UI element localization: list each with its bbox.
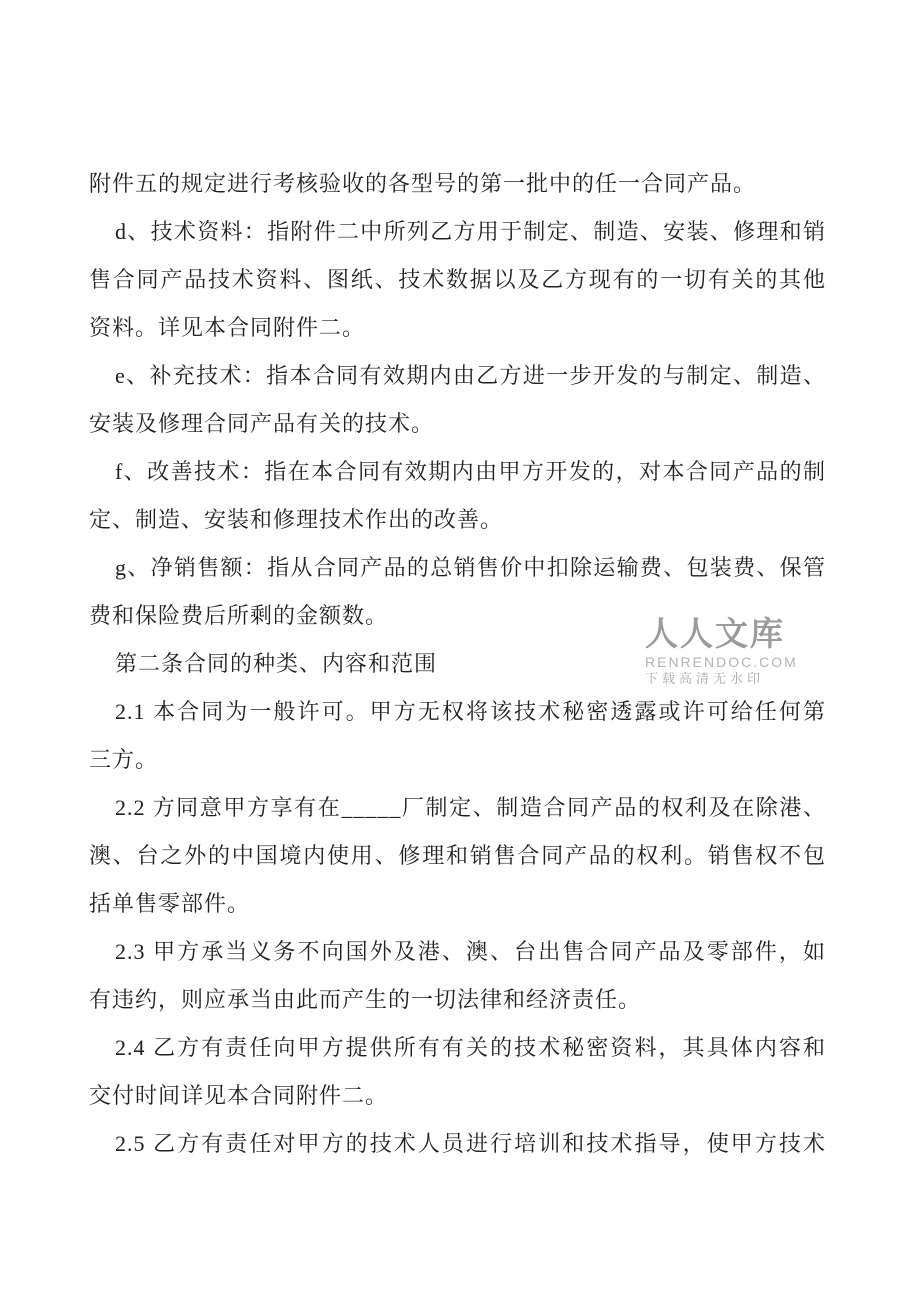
text-line: 交付时间详见本合同附件二。 — [89, 1072, 826, 1120]
text-line: f、改善技术：指在本合同有效期内由甲方开发的，对本合同产品的制 — [89, 448, 826, 496]
document-page: 附件五的规定进行考核验收的各型号的第一批中的任一合同产品。d、技术资料：指附件二… — [0, 0, 920, 1302]
text-line: g、净销售额：指从合同产品的总销售价中扣除运输费、包装费、保管 — [89, 544, 826, 592]
watermark-domain: RENRENDOC.COM — [645, 654, 825, 670]
text-line: 有违约，则应承当由此而产生的一切法律和经济责任。 — [89, 976, 826, 1024]
text-line: 澳、台之外的中国境内使用、修理和销售合同产品的权利。销售权不包 — [89, 832, 826, 880]
text-line: 安装及修理合同产品有关的技术。 — [89, 400, 826, 448]
watermark-brand: 人人文库 — [645, 618, 825, 652]
watermark-tagline: 下载高清无水印 — [645, 671, 825, 686]
text-line: 定、制造、安装和修理技术作出的改善。 — [89, 496, 826, 544]
text-line: 售合同产品技术资料、图纸、技术数据以及乙方现有的一切有关的其他 — [89, 256, 826, 304]
watermark: 人人文库 RENRENDOC.COM 下载高清无水印 — [645, 618, 825, 686]
text-line: 2.3 甲方承当义务不向国外及港、澳、台出售合同产品及零部件，如 — [89, 928, 826, 976]
text-line: e、补充技术：指本合同有效期内由乙方进一步开发的与制定、制造、 — [89, 352, 826, 400]
text-line: 三方。 — [89, 736, 826, 784]
text-line: 2.2 方同意甲方享有在_____厂制定、制造合同产品的权利及在除港、 — [89, 784, 826, 832]
text-line: 2.5 乙方有责任对甲方的技术人员进行培训和技术指导，使甲方技术 — [89, 1120, 826, 1168]
text-line: d、技术资料：指附件二中所列乙方用于制定、制造、安装、修理和销 — [89, 208, 826, 256]
text-line: 括单售零部件。 — [89, 880, 826, 928]
text-line: 资料。详见本合同附件二。 — [89, 304, 826, 352]
text-line: 附件五的规定进行考核验收的各型号的第一批中的任一合同产品。 — [89, 160, 826, 208]
text-line: 2.4 乙方有责任向甲方提供所有有关的技术秘密资料，其具体内容和 — [89, 1024, 826, 1072]
text-line: 2.1 本合同为一般许可。甲方无权将该技术秘密透露或许可给任何第 — [89, 688, 826, 736]
